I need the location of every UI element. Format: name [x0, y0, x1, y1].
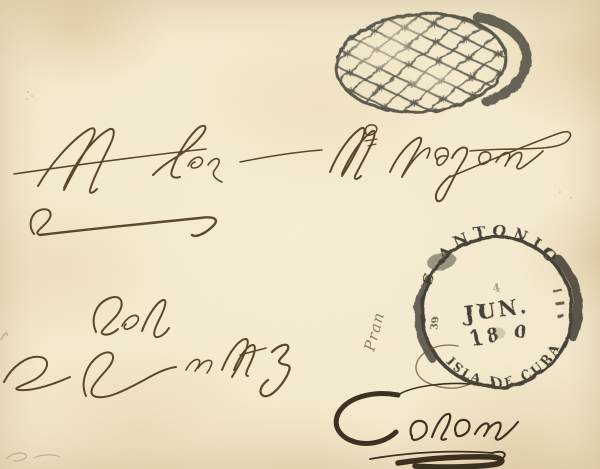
datestamp-side-number: 39 [429, 316, 441, 331]
cover-artwork: S.ANTONIO ISLA DE CUBA JUN. 18 0 4 39 [0, 0, 600, 469]
postal-cover-scan: S.ANTONIO ISLA DE CUBA JUN. 18 0 4 39 [0, 0, 600, 469]
